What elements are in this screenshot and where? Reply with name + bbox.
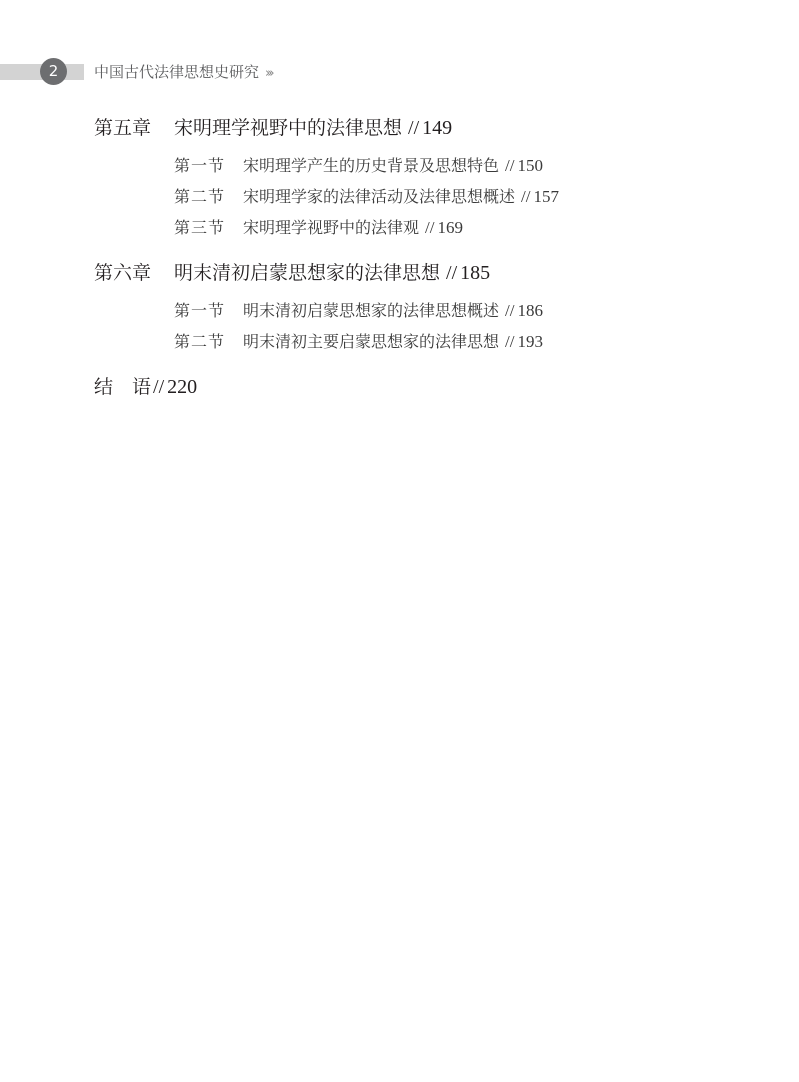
book-title-text: 中国古代法律思想史研究: [94, 63, 259, 81]
book-title: 中国古代法律思想史研究›››: [94, 61, 272, 85]
section-title: 宋明理学家的法律活动及法律思想概述: [243, 181, 515, 212]
separator: //: [425, 212, 434, 243]
section-number: 第一节: [174, 295, 243, 326]
section-title: 宋明理学产生的历史背景及思想特色: [243, 150, 499, 181]
separator: //: [505, 150, 514, 181]
section-page: 150: [517, 150, 543, 181]
conclusion-entry[interactable]: 结 语 // 220: [94, 373, 734, 401]
section-number: 第二节: [174, 181, 243, 212]
section-number: 第三节: [174, 212, 243, 243]
chapter-5: 第五章 宋明理学视野中的法律思想 // 149 第一节 宋明理学产生的历史背景及…: [94, 114, 734, 243]
separator: //: [153, 373, 164, 401]
conclusion-char-1: 结: [94, 373, 132, 401]
conclusion-char-2: 语: [132, 373, 151, 401]
chevrons-right-icon: ›››: [265, 66, 272, 81]
chapter-title: 宋明理学视野中的法律思想: [174, 114, 402, 142]
separator: //: [446, 259, 457, 287]
chapter-page: 149: [422, 114, 452, 142]
section-entry[interactable]: 第三节 宋明理学视野中的法律观 // 169: [174, 212, 734, 243]
section-entry[interactable]: 第二节 明末清初主要启蒙思想家的法律思想 // 193: [174, 326, 734, 357]
section-page: 193: [517, 326, 543, 357]
conclusion-page: 220: [167, 373, 197, 401]
section-list: 第一节 宋明理学产生的历史背景及思想特色 // 150 第二节 宋明理学家的法律…: [174, 150, 734, 243]
section-number: 第一节: [174, 150, 243, 181]
separator: //: [505, 326, 514, 357]
section-list: 第一节 明末清初启蒙思想家的法律思想概述 // 186 第二节 明末清初主要启蒙…: [174, 295, 734, 357]
chapter-title: 明末清初启蒙思想家的法律思想: [174, 259, 440, 287]
chapter-heading[interactable]: 第五章 宋明理学视野中的法律思想 // 149: [94, 114, 734, 142]
table-of-contents: 第五章 宋明理学视野中的法律思想 // 149 第一节 宋明理学产生的历史背景及…: [94, 114, 734, 401]
section-page: 157: [533, 181, 559, 212]
section-page: 169: [437, 212, 463, 243]
section-title: 明末清初启蒙思想家的法律思想概述: [243, 295, 499, 326]
section-entry[interactable]: 第一节 明末清初启蒙思想家的法律思想概述 // 186: [174, 295, 734, 326]
page-number-badge: 2: [40, 58, 67, 85]
separator: //: [505, 295, 514, 326]
chapter-6: 第六章 明末清初启蒙思想家的法律思想 // 185 第一节 明末清初启蒙思想家的…: [94, 259, 734, 357]
section-page: 186: [517, 295, 543, 326]
section-title: 宋明理学视野中的法律观: [243, 212, 419, 243]
chapter-number: 第五章: [94, 114, 174, 142]
section-entry[interactable]: 第二节 宋明理学家的法律活动及法律思想概述 // 157: [174, 181, 734, 212]
chapter-number: 第六章: [94, 259, 174, 287]
chapter-page: 185: [460, 259, 490, 287]
section-title: 明末清初主要启蒙思想家的法律思想: [243, 326, 499, 357]
separator: //: [521, 181, 530, 212]
section-number: 第二节: [174, 326, 243, 357]
separator: //: [408, 114, 419, 142]
running-header: 2 中国古代法律思想史研究›››: [0, 58, 420, 86]
section-entry[interactable]: 第一节 宋明理学产生的历史背景及思想特色 // 150: [174, 150, 734, 181]
chapter-heading[interactable]: 第六章 明末清初启蒙思想家的法律思想 // 185: [94, 259, 734, 287]
